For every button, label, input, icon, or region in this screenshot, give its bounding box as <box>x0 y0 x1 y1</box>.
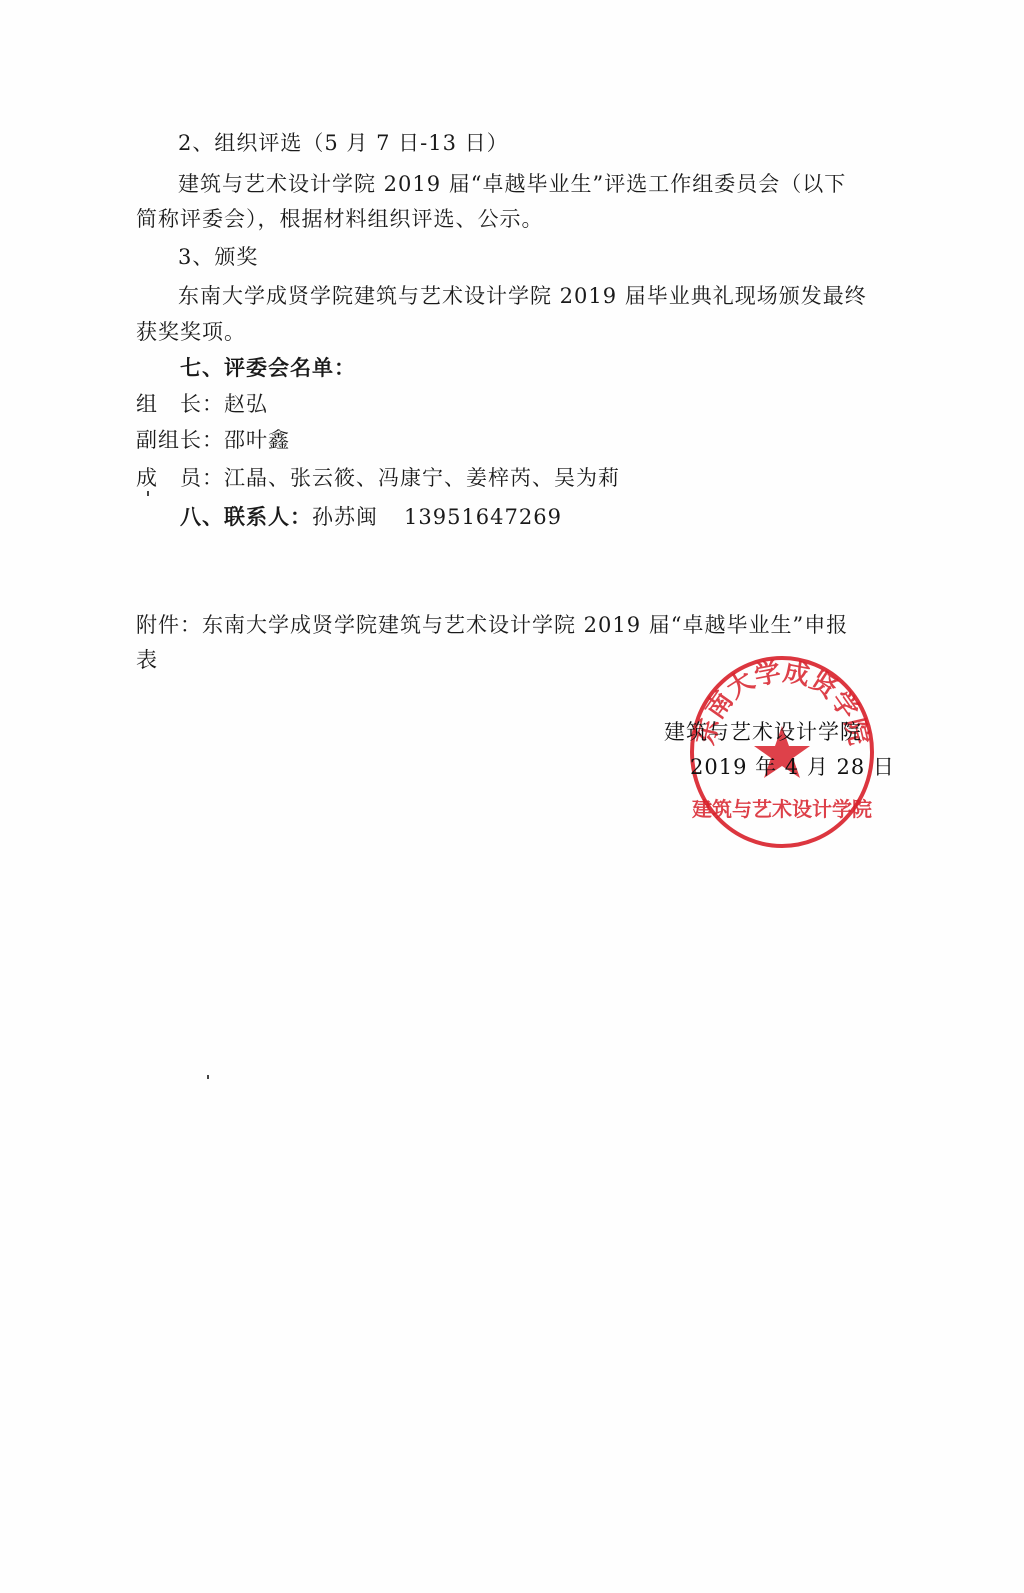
section-3-body-line2: 获奖奖项。 <box>136 317 246 347</box>
scan-speck <box>207 1075 209 1079</box>
signature-date: 2019 年 4 月 28 日 <box>690 752 895 782</box>
attachment-line2: 表 <box>136 645 158 675</box>
attachment-line1: 附件：东南大学成贤学院建筑与艺术设计学院 2019 届“卓越毕业生”申报 <box>136 610 848 640</box>
committee-names: 江晶、张云筱、冯康宁、姜梓芮、吴为莉 <box>224 466 620 490</box>
section-7-heading: 七、评委会名单： <box>180 353 356 383</box>
section-2-body-line2: 简称评委会），根据材料组织评选、公示。 <box>136 204 544 234</box>
section-8-contact: 八、联系人：孙苏闽13951647269 <box>180 502 562 532</box>
section-2-heading: 2、组织评选（5 月 7 日-13 日） <box>178 128 509 158</box>
seal-bottom-text: 建筑与艺术设计学院 <box>692 797 872 821</box>
committee-row-leader: 组 长：赵弘 <box>136 389 268 419</box>
section-2-body-line1: 建筑与艺术设计学院 2019 届“卓越毕业生”评选工作组委员会（以下 <box>178 169 846 199</box>
committee-row-deputy: 副组长：邵叶鑫 <box>136 425 290 455</box>
signature-org: 建筑与艺术设计学院 <box>664 717 862 747</box>
scan-speck <box>147 491 149 496</box>
committee-role-label: 组 长： <box>136 389 224 419</box>
contact-name: 孙苏闽 <box>312 505 378 529</box>
section-8-heading: 八、联系人： <box>180 504 312 529</box>
document-page: 2、组织评选（5 月 7 日-13 日） 建筑与艺术设计学院 2019 届“卓越… <box>0 0 1024 1593</box>
section-3-body-line1: 东南大学成贤学院建筑与艺术设计学院 2019 届毕业典礼现场颁发最终 <box>178 281 867 311</box>
committee-names: 赵弘 <box>224 392 268 416</box>
contact-phone: 13951647269 <box>404 505 562 529</box>
committee-row-members: 成 员：江晶、张云筱、冯康宁、姜梓芮、吴为莉 <box>136 463 620 493</box>
section-3-heading: 3、颁奖 <box>178 242 258 272</box>
committee-names: 邵叶鑫 <box>224 428 290 452</box>
committee-role-label: 副组长： <box>136 425 224 455</box>
committee-role-label: 成 员： <box>136 463 224 493</box>
